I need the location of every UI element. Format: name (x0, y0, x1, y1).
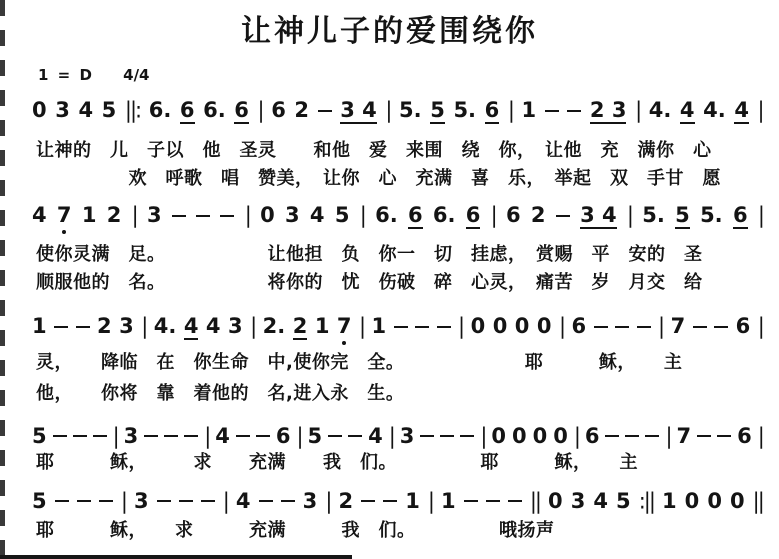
note: 0 (548, 489, 563, 513)
note: 5. (399, 98, 422, 122)
dash-note (256, 435, 270, 437)
note: 6 (271, 98, 286, 122)
scan-artifact-left (0, 0, 5, 559)
note: 6. (375, 203, 398, 227)
notation-line-2: 4712|3|0345|6.66.6|623 4|5.55.6| (32, 203, 763, 229)
note: 6 (180, 98, 195, 124)
note: 0 (32, 98, 47, 122)
note: 0 (553, 424, 568, 448)
note: 4 (78, 98, 93, 122)
dash-note (172, 215, 186, 217)
note: 1 (372, 314, 387, 338)
note: 3 (134, 489, 149, 513)
bar-line: | (359, 313, 364, 338)
bar-line: | (559, 313, 564, 338)
note: 1 (441, 489, 456, 513)
dash-note (236, 435, 250, 437)
note: 1 (405, 489, 420, 513)
note: 0 (260, 203, 275, 227)
dash-note (259, 500, 273, 502)
note: 4. (649, 98, 672, 122)
dash-note (625, 435, 639, 437)
dash-note (615, 326, 629, 328)
note: 1 (522, 98, 537, 122)
dash-note (201, 500, 215, 502)
note: 5 (335, 203, 350, 227)
bar-line: | (665, 423, 670, 448)
note: 5 (675, 203, 690, 229)
bar-line: | (458, 313, 463, 338)
note: 0 (537, 314, 552, 338)
note: 4 (215, 424, 230, 448)
note: 4 (368, 424, 383, 448)
lyrics-line-1-verse-1: 让神的 儿 子以 他 圣灵 和他 爱 来围 绕 你， 让他 充 满你 心 (36, 136, 712, 162)
note: 5 (32, 489, 47, 513)
bar-line: | (385, 97, 390, 122)
dash-note (437, 326, 451, 328)
dash-note (464, 500, 478, 502)
dash-note (460, 435, 474, 437)
note: 6. (203, 98, 226, 122)
note: 2 3 (590, 98, 627, 124)
note: 2 (293, 314, 308, 340)
note: 5 (102, 98, 117, 122)
note: 3 (119, 314, 134, 338)
dash-note (55, 500, 69, 502)
bar-line: | (113, 423, 118, 448)
note: 6 (737, 424, 752, 448)
bar-line: | (480, 423, 485, 448)
dash-note (144, 435, 158, 437)
note: 0 (730, 489, 745, 513)
dash-note (415, 326, 429, 328)
note: 2. (263, 314, 286, 338)
dash-note (717, 435, 731, 437)
dash-note (545, 110, 559, 112)
note: 6 (572, 314, 587, 338)
lyrics-line-2-verse-2: 顺服他的 名。 将你的 忧 伤破 碎 心灵， 痛苦 岁 月交 给 (36, 268, 703, 294)
note: 6 (506, 203, 521, 227)
note: 3 4 (340, 98, 377, 124)
dash-note (179, 500, 193, 502)
note: 6. (149, 98, 172, 122)
note: 2 (97, 314, 112, 338)
dash-note (281, 500, 295, 502)
note: 1 (82, 203, 97, 227)
note: 5. (453, 98, 476, 122)
dash-note (196, 215, 210, 217)
notation-line-3: 123|4.443|2.217|1|0000|6|76| (32, 314, 763, 340)
note-low-octave: 7 (337, 314, 352, 338)
dash-note (567, 110, 581, 112)
bar-line: | (758, 202, 763, 227)
lyrics-line-2-verse-1: 使你灵满 足。 让他担 负 你一 切 挂虑， 赏赐 平 安的 圣 (36, 240, 703, 266)
note: 3 (124, 424, 139, 448)
note: 4. (154, 314, 177, 338)
dash-note (76, 326, 90, 328)
dash-note (556, 215, 570, 217)
note: 3 (228, 314, 243, 338)
note: 6 (276, 424, 291, 448)
song-title: 让神儿子的爱围绕你 (0, 6, 779, 50)
note: 4 (236, 489, 251, 513)
note: 1 (315, 314, 330, 338)
note: 1 (662, 489, 677, 513)
note-low-octave: 7 (57, 203, 72, 227)
bar-line: || (753, 488, 763, 513)
dash-note (328, 435, 342, 437)
lyrics-line-3-verse-2: 他， 你将 靠 着他的 名,进入永 生。 (36, 379, 404, 405)
note: 5 (32, 424, 47, 448)
dash-note (486, 500, 500, 502)
dash-note (184, 435, 198, 437)
dash-note (73, 435, 87, 437)
bar-line: | (325, 488, 330, 513)
note: 7 (677, 424, 692, 448)
bar-line: | (245, 202, 250, 227)
notation-line-1: 0345||:6.66.6|623 4|5.55.6|12 3|4.44.4| (32, 98, 763, 124)
bar-line: || (530, 488, 540, 513)
dash-note (645, 435, 659, 437)
dash-note (164, 435, 178, 437)
dash-note (693, 326, 707, 328)
bar-line: | (204, 423, 209, 448)
note: 3 (285, 203, 300, 227)
note: 5. (642, 203, 665, 227)
bar-line: | (428, 488, 433, 513)
note: 4 (184, 314, 199, 340)
dash-note (394, 326, 408, 328)
lyrics-line-1-verse-2: 欢 呼歌 唱 赞美， 让你 心 充满 喜 乐， 举起 双 手甘 愿 (36, 164, 721, 190)
bar-line: | (296, 423, 301, 448)
note: 0 (491, 424, 506, 448)
dash-note (99, 500, 113, 502)
dash-note (440, 435, 454, 437)
dash-note (420, 435, 434, 437)
lyrics-line-3-verse-1: 灵， 降临 在 你生命 中,使你完 全。 耶 稣， 主 (36, 348, 682, 374)
note: 4 (32, 203, 47, 227)
bar-line: | (258, 97, 263, 122)
bar-line: | (250, 313, 255, 338)
bar-line: | (758, 97, 763, 122)
note: 0 (471, 314, 486, 338)
note: 6 (408, 203, 423, 229)
note: 5 (308, 424, 323, 448)
note: 5 (430, 98, 445, 124)
notation-line-5: 5|3|43|21|1||0345:||1000|| (32, 489, 763, 513)
note: 5. (700, 203, 723, 227)
note: 6. (433, 203, 456, 227)
bar-line: | (223, 488, 228, 513)
note: 6 (585, 424, 600, 448)
note: 4 (593, 489, 608, 513)
note: 3 (400, 424, 415, 448)
dash-note (637, 326, 651, 328)
dash-note (54, 326, 68, 328)
note: 6 (485, 98, 500, 124)
note: 3 (571, 489, 586, 513)
bar-line: | (141, 313, 146, 338)
note: 3 (303, 489, 318, 513)
note: 2 (294, 98, 309, 122)
note: 2 (531, 203, 546, 227)
dash-note (594, 326, 608, 328)
dash-note (77, 500, 91, 502)
dash-note (714, 326, 728, 328)
notation-line-4: 5|3|46|54|3|0000|6|76| (32, 424, 763, 448)
key-signature: 1 = D (38, 66, 94, 84)
key-time-signature: 1 = D 4/4 (38, 66, 150, 84)
note: 0 (533, 424, 548, 448)
bar-line: | (635, 97, 640, 122)
note: 4 (680, 98, 695, 124)
note: 0 (493, 314, 508, 338)
dash-note (53, 435, 67, 437)
note: 4. (703, 98, 726, 122)
note: 6 (234, 98, 249, 124)
dash-note (605, 435, 619, 437)
dash-note (220, 215, 234, 217)
note: 2 (338, 489, 353, 513)
bar-line: | (627, 202, 632, 227)
bar-line: | (658, 313, 663, 338)
time-signature: 4/4 (123, 66, 149, 84)
bar-line: | (132, 202, 137, 227)
note: 3 (55, 98, 70, 122)
note: 6 (466, 203, 481, 229)
note: 3 4 (580, 203, 617, 229)
dash-note (361, 500, 375, 502)
note: 4 (310, 203, 325, 227)
dash-note (318, 110, 332, 112)
note: 0 (515, 314, 530, 338)
bar-line: | (360, 202, 365, 227)
note: 4 (734, 98, 749, 124)
scan-artifact-bottom (0, 555, 352, 559)
note: 0 (685, 489, 700, 513)
dash-note (383, 500, 397, 502)
dash-note (157, 500, 171, 502)
note: 7 (671, 314, 686, 338)
bar-line: ||: (125, 97, 140, 122)
lyrics-line-4: 耶 稣， 求 充满 我 们。 耶 稣， 主 (36, 448, 638, 474)
note: 0 (512, 424, 527, 448)
note: 6 (736, 314, 751, 338)
note: 6 (733, 203, 748, 229)
sheet-music-page: 让神儿子的爱围绕你 1 = D 4/4 0345||:6.66.6|623 4|… (0, 0, 779, 559)
note: 0 (707, 489, 722, 513)
lyrics-line-5: 耶 稣， 求 充满 我 们。 哦扬声 (36, 516, 555, 542)
bar-line: | (574, 423, 579, 448)
note: 5 (616, 489, 631, 513)
bar-line: | (508, 97, 513, 122)
dash-note (508, 500, 522, 502)
bar-line: | (121, 488, 126, 513)
bar-line: | (758, 313, 763, 338)
dash-note (93, 435, 107, 437)
bar-line: :|| (639, 488, 654, 513)
note: 2 (107, 203, 122, 227)
bar-line: | (491, 202, 496, 227)
dash-note (697, 435, 711, 437)
dash-note (348, 435, 362, 437)
note: 4 (206, 314, 221, 338)
note: 1 (32, 314, 47, 338)
bar-line: | (389, 423, 394, 448)
note: 3 (147, 203, 162, 227)
bar-line: | (758, 423, 763, 448)
